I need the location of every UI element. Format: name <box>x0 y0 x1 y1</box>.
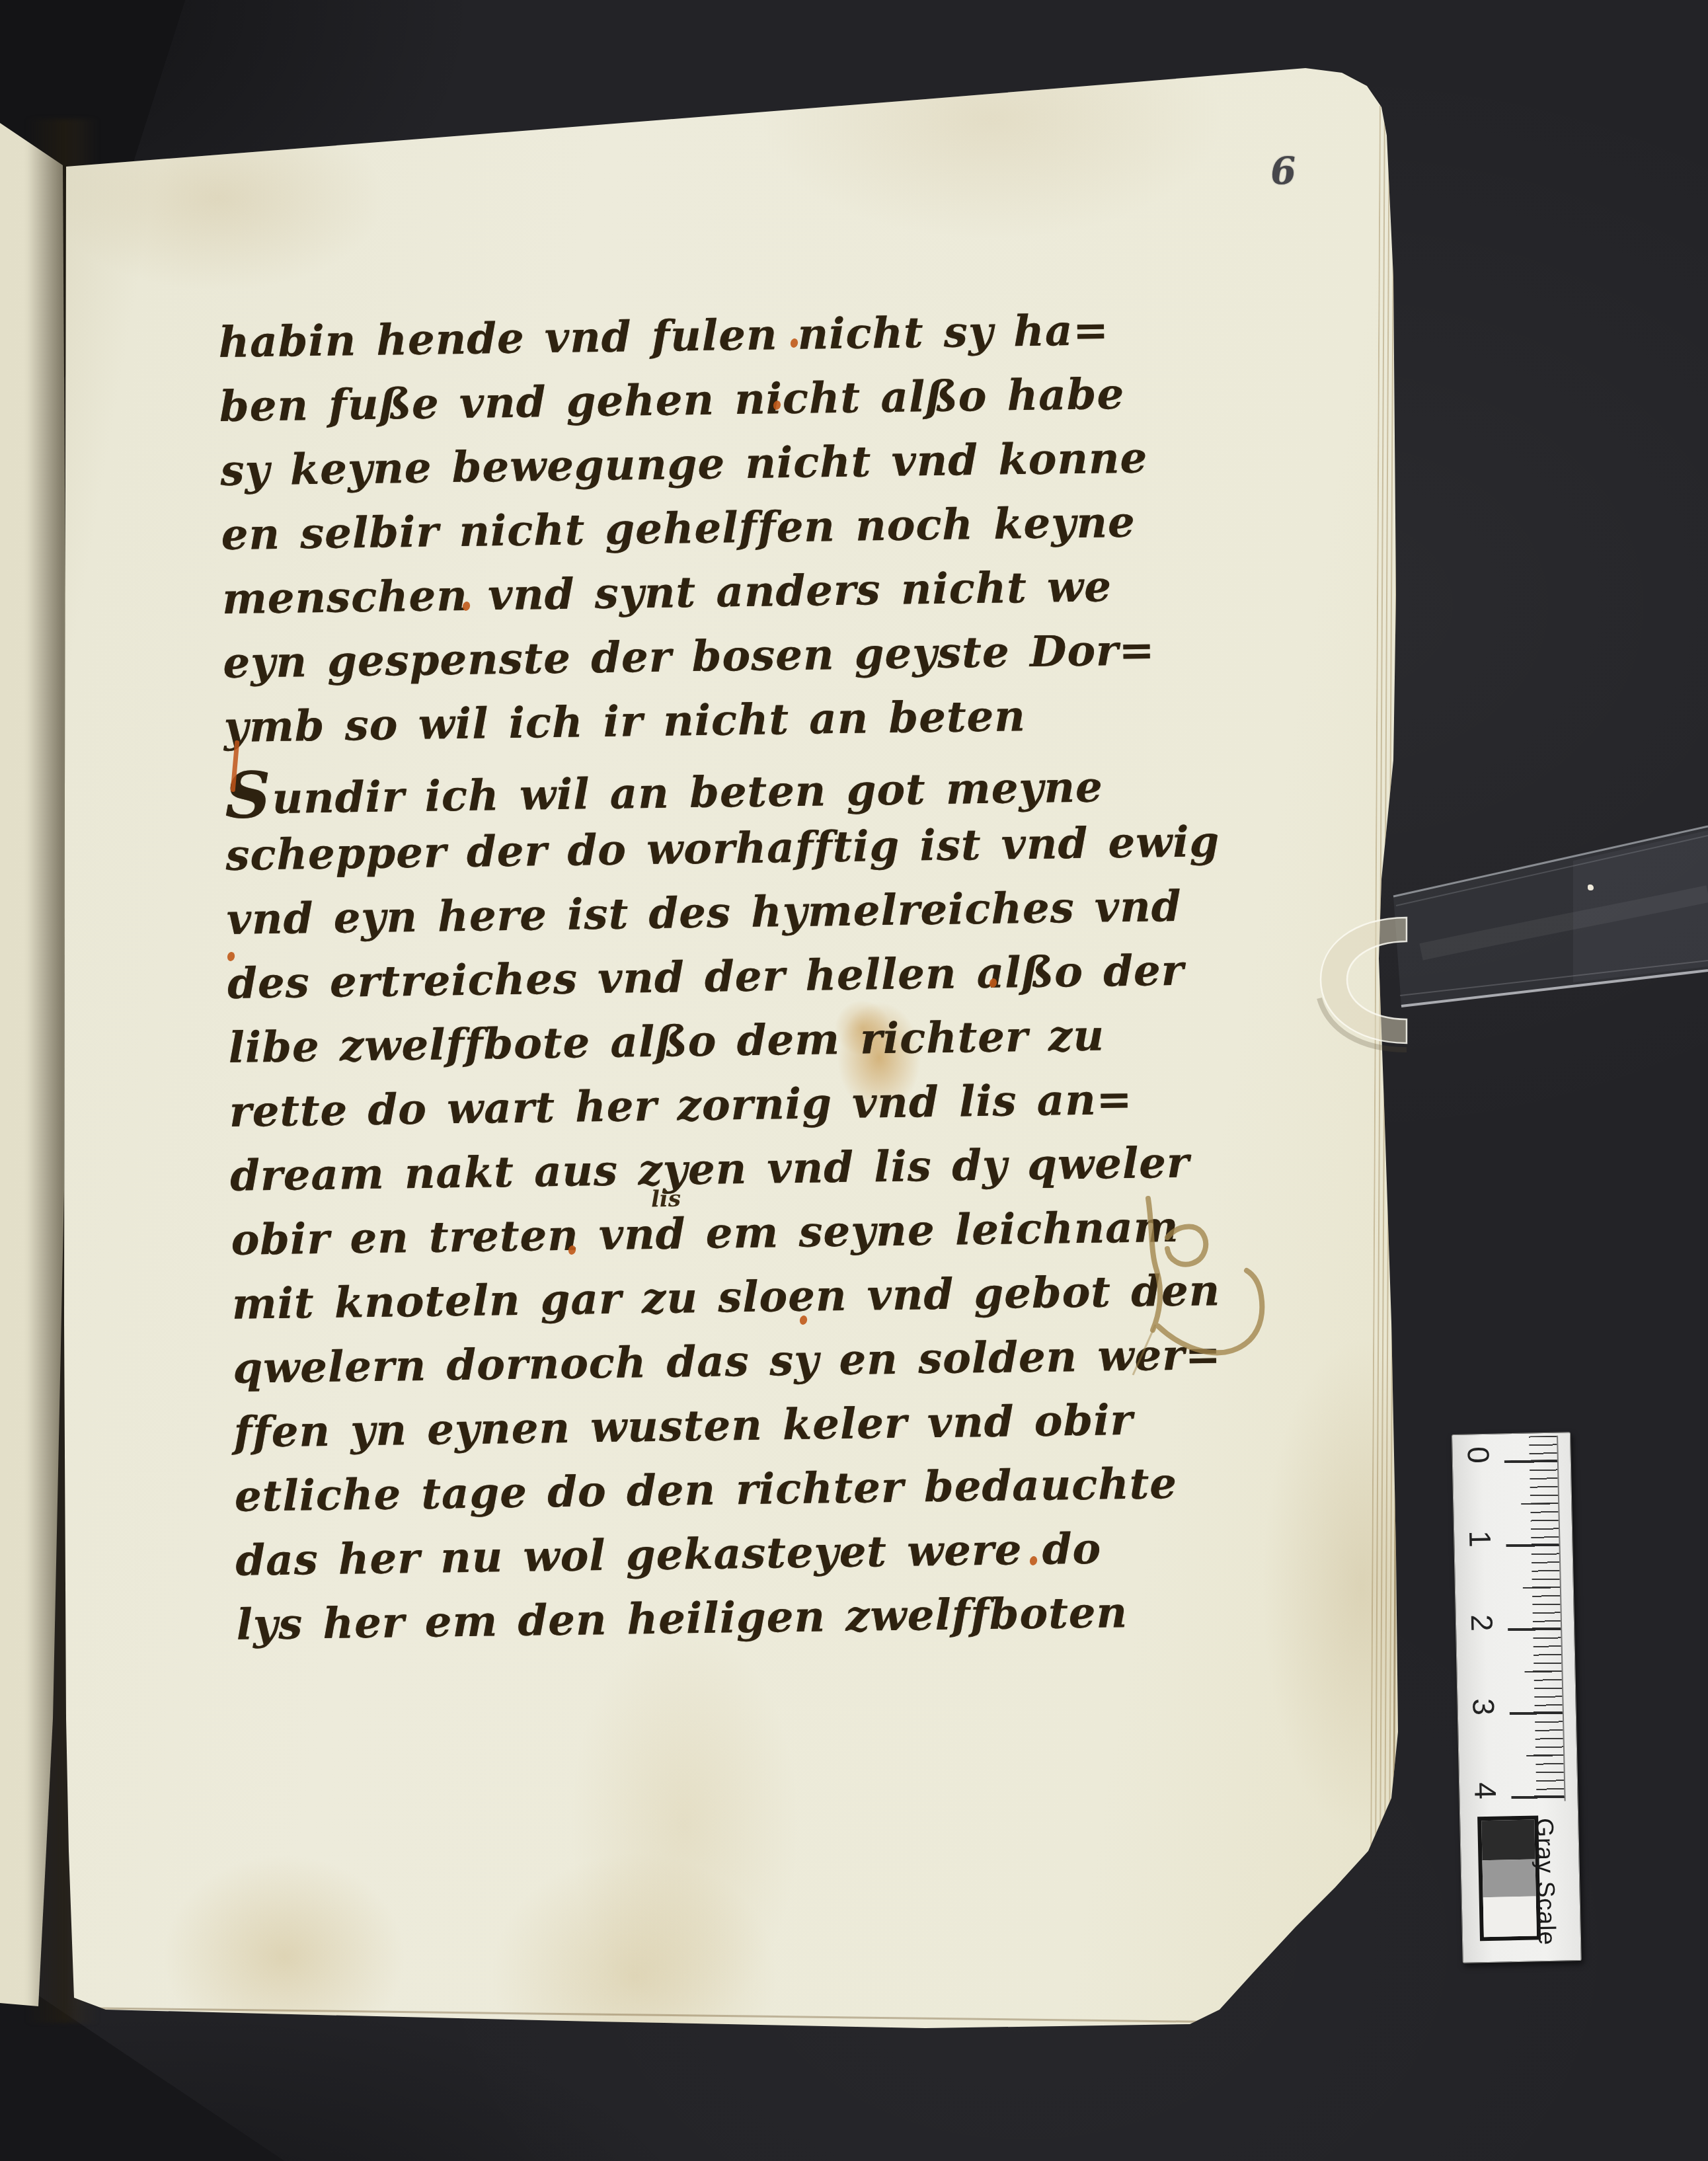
gray-scale-label: Gray Scale <box>1530 1818 1561 1951</box>
patch-mid <box>1483 1859 1536 1897</box>
ruler-number-1: 1 <box>1465 1530 1498 1564</box>
plastic-strap <box>0 0 1708 2161</box>
ruler-number-4: 4 <box>1470 1782 1504 1815</box>
calibration-ruler: 0 1 2 3 4 Gray Scale <box>1452 1432 1582 1963</box>
ruler-number-2: 2 <box>1467 1614 1500 1648</box>
patch-dark <box>1481 1820 1535 1861</box>
ruler-number-3: 3 <box>1468 1698 1502 1732</box>
dust-speck <box>1588 884 1594 890</box>
ruler-number-0: 0 <box>1463 1446 1496 1480</box>
ruler-cm-ticks <box>1504 1460 1565 1801</box>
patch-light <box>1483 1896 1537 1937</box>
